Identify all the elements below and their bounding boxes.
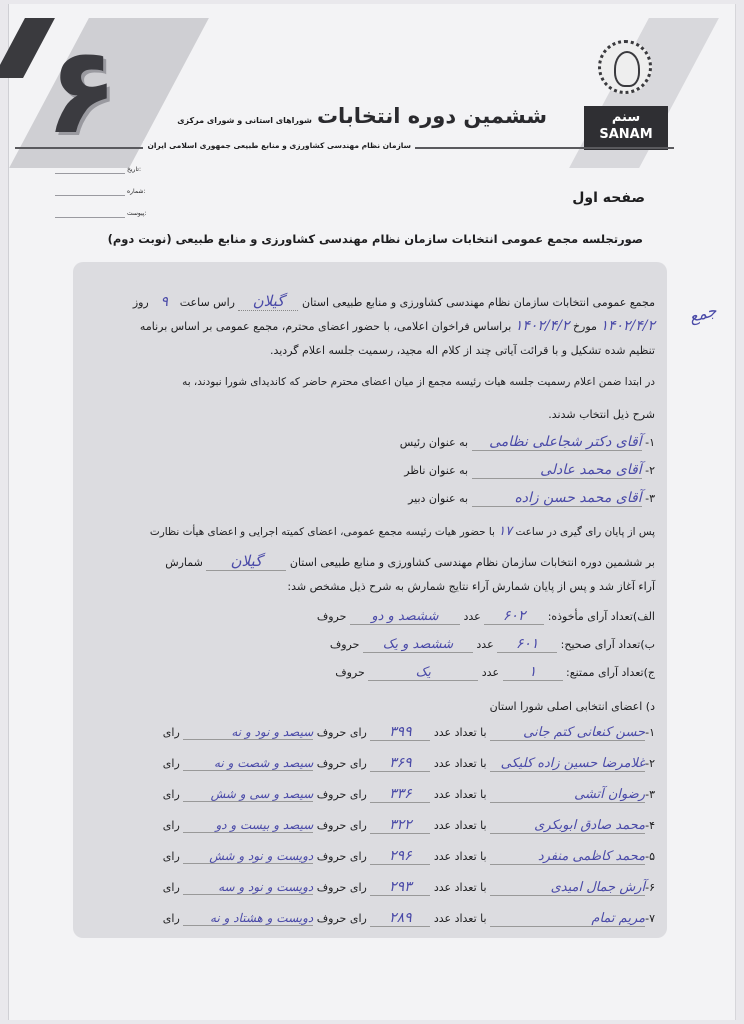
member-votes[interactable]: ۲۸۹ — [370, 910, 430, 927]
content-box: مجمع عمومی انتخابات سازمان نظام مهندسی ک… — [73, 262, 667, 938]
member-row: ۶-آرش جمال امیدی با تعداد عدد ۲۹۳ رای حر… — [95, 879, 655, 910]
member-row: ۷-مریم تمام با تعداد عدد ۲۸۹ رای حروف دو… — [95, 910, 655, 941]
members-list: ۱-حسن کنعانی کتم جانی با تعداد عدد ۳۹۹ ر… — [95, 724, 655, 941]
vote-number[interactable]: ۶۰۲ — [484, 608, 544, 625]
date-value-2[interactable]: ۱۴۰۲/۴/۲ — [515, 318, 570, 334]
member-votes-words[interactable]: دویست و نود و شش — [183, 849, 313, 864]
member-votes[interactable]: ۳۳۶ — [370, 786, 430, 803]
paragraph-2-line-1: در ابتدا ضمن اعلام رسمیت جلسه هیات رئیسه… — [182, 376, 655, 388]
number-field[interactable]: شماره: — [55, 186, 155, 208]
member-votes-words[interactable]: سیصد و نود و نه — [183, 725, 313, 740]
attachment-field[interactable]: پیوست: — [55, 208, 155, 230]
header-title-block: ششمین دوره انتخابات شوراهای استانی و شور… — [147, 104, 547, 128]
paragraph-3-line-1: پس از پایان رای گیری در ساعت ۱۷ با حضور … — [75, 524, 655, 539]
date-field[interactable]: تاریخ: — [55, 164, 155, 186]
member-name[interactable]: محمد صادق ابوبکری — [490, 818, 645, 834]
member-votes-words[interactable]: سیصد و سی و شش — [183, 787, 313, 802]
vote-words[interactable]: ششصد و یک — [363, 637, 473, 653]
member-row: ۱-حسن کنعانی کتم جانی با تعداد عدد ۳۹۹ ر… — [95, 724, 655, 755]
header-rule-right — [414, 147, 674, 149]
member-votes-words[interactable]: دویست و نود و سه — [183, 880, 313, 895]
paragraph-1-line-3: تنظیم شده تشکیل و با قرائت آیاتی چند از … — [270, 344, 655, 357]
margin-note: جمع — [687, 301, 719, 327]
emblem-icon — [598, 40, 652, 94]
member-votes-words[interactable]: سیصد و شصت و نه — [183, 756, 313, 771]
member-name[interactable]: آرش جمال امیدی — [490, 880, 645, 896]
member-name[interactable]: حسن کنعانی کتم جانی — [490, 725, 645, 741]
vote-row-taken: الف)تعداد آرای مأخوذه: ۶۰۲ عدد ششصد و دو… — [317, 608, 655, 625]
end-hour-value[interactable]: ۱۷ — [498, 524, 512, 539]
header-subtitle: شوراهای استانی و شورای مرکزی — [177, 116, 312, 125]
member-votes[interactable]: ۳۶۹ — [370, 755, 430, 772]
logo: سنم SANAM — [584, 34, 668, 152]
member-votes[interactable]: ۲۹۳ — [370, 879, 430, 896]
paragraph-1-line-2: ۱۴۰۲/۴/۲ مورخ ۱۴۰۲/۴/۲ براساس فراخوان اع… — [75, 318, 655, 334]
meta-fields: تاریخ: شماره: پیوست: — [55, 164, 155, 230]
member-name[interactable]: غلامرضا حسین زاده کلیکی — [490, 756, 645, 772]
member-votes[interactable]: ۳۹۹ — [370, 724, 430, 741]
paragraph-1-line-1: مجمع عمومی انتخابات سازمان نظام مهندسی ک… — [75, 292, 655, 311]
page-label: صفحه اول — [572, 190, 645, 206]
vote-words[interactable]: ششصد و دو — [350, 609, 460, 625]
members-title: د) اعضای انتخابی اصلی شورا استان — [490, 700, 655, 713]
paragraph-3-line-2: بر ششمین دوره انتخابات سازمان نظام مهندس… — [75, 552, 655, 571]
vote-row-valid: ب)تعداد آرای صحیح: ۶۰۱ عدد ششصد و یک حرو… — [330, 636, 655, 653]
logo-en: SANAM — [584, 127, 668, 143]
header-title: ششمین دوره انتخابات — [317, 104, 547, 128]
board-name[interactable]: آقای محمد حسن زاده — [472, 490, 642, 507]
board-name[interactable]: آقای محمد عادلی — [472, 462, 642, 479]
paragraph-3-line-3: آراء آغاز شد و پس از پایان شمارش آراء نت… — [287, 580, 655, 593]
member-votes-words[interactable]: دویست و هشتاد و نه — [183, 911, 313, 926]
doc-title: صورتجلسه مجمع عمومی انتخابات سازمان نظام… — [108, 232, 643, 246]
vote-number[interactable]: ۱ — [503, 664, 563, 681]
member-votes-words[interactable]: سیصد و بیست و دو — [183, 818, 313, 833]
member-name[interactable]: مریم تمام — [490, 911, 645, 927]
org-name: سازمان نظام مهندسی کشاورزی و منابع طبیعی… — [143, 141, 415, 150]
member-name[interactable]: رضوان آتشی — [490, 787, 645, 803]
province-value-2[interactable]: گیلان — [206, 552, 286, 571]
vote-words[interactable]: یک — [368, 665, 478, 681]
member-votes[interactable]: ۲۹۶ — [370, 848, 430, 865]
edition-number: ۶ — [45, 32, 118, 152]
member-row: ۳-رضوان آتشی با تعداد عدد ۳۳۶ رای حروف س… — [95, 786, 655, 817]
member-row: ۴-محمد صادق ابوبکری با تعداد عدد ۳۲۲ رای… — [95, 817, 655, 848]
board-name[interactable]: آقای دکتر شجاعلی نظامی — [472, 434, 642, 451]
date-value-1[interactable]: ۱۴۰۲/۴/۲ — [600, 318, 655, 334]
member-votes[interactable]: ۳۲۲ — [370, 817, 430, 834]
board-row: ۱- آقای دکتر شجاعلی نظامی به عنوان رئیس — [400, 434, 655, 451]
member-row: ۵-محمد کاظمی منفرد با تعداد عدد ۲۹۶ رای … — [95, 848, 655, 879]
document-page: ۶ سنم SANAM ششمین دوره انتخابات شوراهای … — [8, 4, 736, 1020]
board-row: ۳- آقای محمد حسن زاده به عنوان دبیر — [408, 490, 655, 507]
board-row: ۲- آقای محمد عادلی به عنوان ناظر — [404, 462, 655, 479]
paragraph-2-line-2: شرح ذیل انتخاب شدند. — [548, 408, 655, 421]
province-value[interactable]: گیلان — [238, 292, 298, 311]
member-row: ۲-غلامرضا حسین زاده کلیکی با تعداد عدد ۳… — [95, 755, 655, 786]
hour-value[interactable]: ۹ — [152, 294, 176, 310]
member-name[interactable]: محمد کاظمی منفرد — [490, 849, 645, 865]
logo-fa: سنم — [584, 109, 668, 127]
vote-row-abstain: ج)تعداد آرای ممتنع: ۱ عدد یک حروف — [335, 664, 655, 681]
vote-number[interactable]: ۶۰۱ — [497, 636, 557, 653]
